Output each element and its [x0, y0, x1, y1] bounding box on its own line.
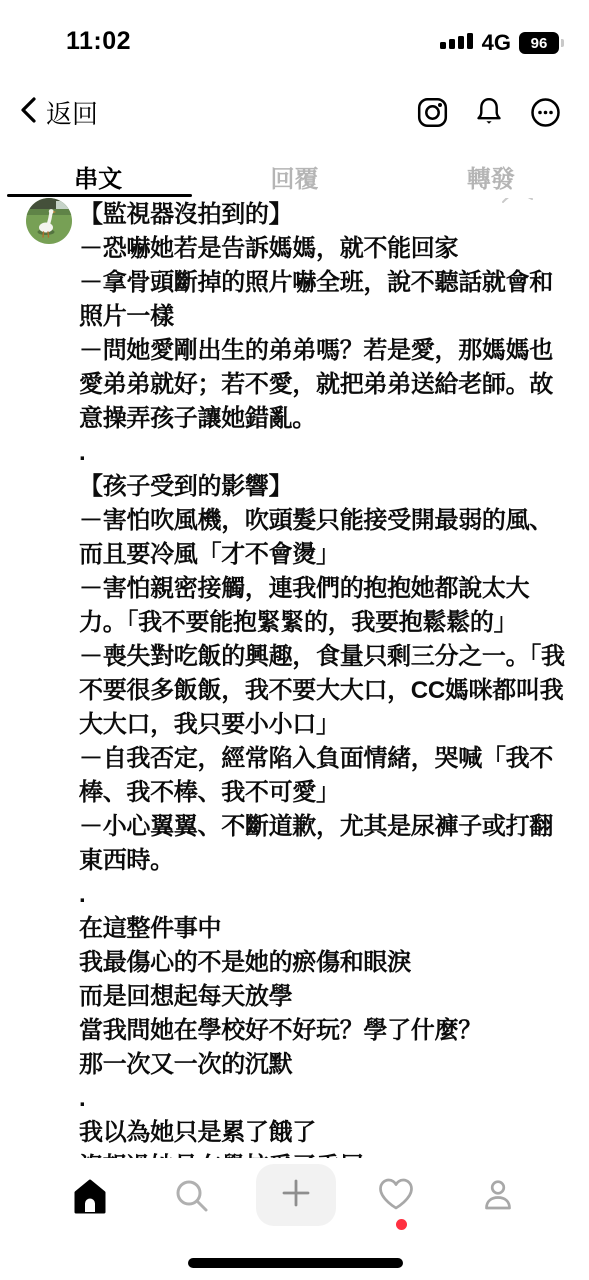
threads-post-screen: 11:02 4G 96 返 — [0, 0, 589, 1280]
profile-icon — [479, 1177, 517, 1220]
tab-replies[interactable]: 回覆 — [196, 156, 392, 198]
home-tab[interactable] — [68, 1176, 112, 1220]
network-type-label: 4G — [482, 30, 511, 56]
search-tab[interactable] — [170, 1176, 214, 1220]
back-button[interactable]: 返回 — [18, 94, 98, 131]
status-time: 11:02 — [66, 27, 131, 56]
home-indicator[interactable] — [188, 1258, 403, 1268]
battery-percent: 96 — [531, 35, 548, 52]
header-bar: 返回 — [0, 92, 589, 140]
activity-notification-dot — [396, 1219, 407, 1230]
battery-icon: 96 — [519, 32, 559, 54]
status-right-cluster: 4G 96 — [440, 30, 559, 56]
post-body-text: 【監視器沒拍到的】 －恐嚇她若是告訴媽媽，就不能回家 －拿骨頭斷掉的照片嚇全班，… — [79, 198, 589, 1160]
search-icon — [173, 1177, 211, 1220]
header-icons — [417, 96, 561, 128]
heart-icon — [376, 1176, 416, 1217]
tab-threads[interactable]: 串文 — [0, 156, 196, 198]
plus-icon — [280, 1177, 312, 1214]
tab-reposts[interactable]: 轉發 — [393, 156, 589, 198]
status-bar: 11:02 4G 96 — [0, 0, 589, 62]
battery-tip — [561, 39, 564, 47]
avatar[interactable] — [26, 198, 72, 244]
signal-bars-icon — [440, 31, 474, 56]
profile-tab[interactable] — [476, 1176, 520, 1220]
post-content-area: 【監視器沒拍到的】 －恐嚇她若是告訴媽媽，就不能回家 －拿骨頭斷掉的照片嚇全班，… — [0, 198, 589, 1160]
instagram-icon[interactable] — [417, 97, 448, 128]
bell-icon[interactable] — [474, 96, 504, 128]
home-icon — [70, 1177, 110, 1220]
active-tab-underline — [7, 194, 192, 197]
more-circle-icon[interactable] — [530, 97, 561, 128]
create-post-button[interactable] — [256, 1164, 336, 1226]
post-tabs: 串文 回覆 轉發 — [0, 156, 589, 198]
activity-tab[interactable] — [374, 1174, 418, 1218]
chevron-left-icon — [18, 95, 40, 130]
back-label: 返回 — [46, 94, 98, 131]
